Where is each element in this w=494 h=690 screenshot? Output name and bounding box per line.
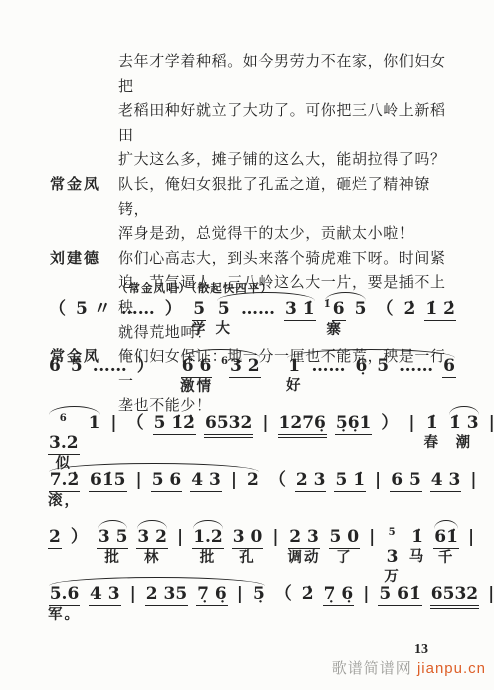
note-token: 61̇千 (429, 527, 463, 568)
note-token: 5大 (212, 299, 237, 339)
note-figures: 5 (70, 356, 84, 377)
note-token: 5̣ (248, 584, 270, 605)
note-figures: 3 2 (229, 356, 261, 378)
note-token: 5 6 (147, 470, 187, 492)
note-token: | (483, 584, 494, 605)
note-token: 5 61̇ (374, 584, 425, 606)
note-figures: 1 (88, 413, 102, 434)
note-group: 65……） (44, 356, 159, 377)
lyric-syllable: 马 (409, 548, 426, 567)
slur-group: 7.2̇滚，61̇5|5 64 3|2 (44, 470, 264, 511)
note-token: （ (264, 470, 291, 491)
slur-group: 1̇ 3潮 (444, 413, 484, 453)
note-token: 5 (350, 299, 372, 320)
note-token: | (232, 584, 248, 605)
note-token: 7̣ 6̣ (319, 584, 359, 606)
lyric-syllable: 好 (286, 377, 303, 396)
dialogue-row: 刘建德你们心高志大，到头来落个骑虎难下呀。时间紧 (50, 247, 452, 272)
dialogue-row: 去年才学着种稻。如今男劳力不在家，你们妇女把 (50, 50, 452, 99)
note-group: | (403, 413, 419, 434)
speaker-label (50, 50, 118, 99)
note-token: ） (66, 527, 93, 548)
music-line: 5.6军。4 3|2 357̣ 6̣|5̣（2̇7̣ 6̣|5 61̇6532| (44, 584, 460, 641)
slur-group: 1好……6̣5……6 (282, 356, 460, 396)
note-figures: | (135, 470, 143, 491)
speaker-label (50, 148, 118, 173)
music-line: 63.2似1|（5 1̇2̇6532|1276̣5̣6̣1）|1̇春1̇ 3潮| (44, 413, 460, 470)
dialogue-text: 去年才学着种稻。如今男劳力不在家，你们妇女把 (118, 50, 452, 99)
note-group: 2） (44, 527, 93, 549)
speaker-label: 刘建德 (50, 247, 118, 272)
note-token: （ (372, 299, 399, 320)
note-figures: （ (376, 299, 395, 320)
note-token: | (172, 527, 188, 548)
note-figures: 1 (287, 356, 301, 377)
note-figures: | (407, 413, 415, 434)
note-figures: | (467, 527, 475, 548)
note-figures: 5 (376, 356, 390, 377)
lyric-syllable: 军。 (48, 606, 81, 625)
dialogue-row: 老稻田种好就立了大功了。可你把三八岭上新稻田 (50, 99, 452, 148)
note-token: 1̇6寨 (320, 299, 350, 340)
note-token: | (257, 413, 273, 434)
note-token: 1̇ 3潮 (444, 413, 484, 453)
note-token: 6532 (200, 413, 257, 438)
note-token: ） (132, 356, 159, 377)
dialogue-row: 常金凤队长，俺妇女狠批了孔孟之道，砸烂了精神镣铐， (50, 173, 452, 222)
slur-group: 3 2林 (132, 527, 172, 568)
slur-group: 5大……3 1̇ (212, 299, 320, 339)
note-figures: 5 0 (329, 527, 361, 549)
note-figures: …… (310, 356, 346, 377)
dialogue-row: 浑身是劲，总觉得干的太少，贡献太小啦！ (50, 222, 452, 247)
note-token: 63 2 (217, 356, 265, 378)
note-token: （ (270, 584, 297, 605)
note-group: （5 1̇2̇6532 (122, 413, 258, 438)
note-group: | (172, 527, 188, 548)
note-figures: | (362, 584, 370, 605)
note-figures: 6̣ (354, 356, 368, 377)
note-figures: 2 3 (288, 527, 320, 549)
note-figures: | (374, 470, 382, 491)
note-figures: 1̇ 3 (448, 413, 480, 434)
note-figures: 6 6 (181, 356, 213, 378)
note-figures: | (236, 584, 244, 605)
lyric-syllable: 滚， (48, 492, 81, 511)
note-token: 3 0孔 (228, 527, 268, 568)
note-token: ） (376, 413, 403, 434)
note-figures: 3 5 (97, 527, 129, 549)
note-figures: 2̇ (403, 299, 417, 320)
note-figures: | (176, 527, 184, 548)
speaker-label (50, 222, 118, 247)
note-figures: …… (92, 356, 128, 377)
note-figures: 5 〃 (75, 299, 112, 320)
note-group: | (364, 527, 380, 548)
note-figures: 4 3 (89, 584, 121, 606)
dialogue-row: 扩大这么多，摊子铺的这么大，能胡拉得了吗？ (50, 148, 452, 173)
page-number: 13 (414, 642, 428, 658)
score-book-page: 去年才学着种稻。如今男劳力不在家，你们妇女把老稻田种好就立了大功了。可你把三八岭… (0, 0, 494, 690)
note-figures: 6532 (430, 584, 479, 609)
note-token: 1好 (282, 356, 307, 396)
note-figures: 6 5 (390, 470, 422, 492)
note-token: 1̇春 (420, 413, 445, 453)
note-figures: | (109, 413, 117, 434)
note-figures: 61̇ (433, 527, 459, 549)
note-figures: 1.2 (192, 527, 224, 549)
lyric-syllable: 批 (192, 549, 224, 568)
note-figures: 2 (246, 470, 260, 491)
grace-note: 5 (389, 527, 396, 538)
lyric-syllable: 批 (97, 549, 129, 568)
music-notation-block: （常金凤唱）（散起快四平） （5 〃……）5学5大……3 1̇1̇6寨5（2̇1… (44, 280, 460, 641)
music-line: （5 〃……）5学5大……3 1̇1̇6寨5（2̇1̇ 2̇ (44, 299, 460, 356)
note-group: | (257, 413, 273, 434)
note-figures: 5.6 (49, 584, 81, 606)
grace-note: 1̇ (324, 299, 331, 310)
note-figures: 3 (386, 547, 400, 568)
note-figures: | (261, 413, 269, 434)
note-figures: …… (398, 356, 434, 377)
note-figures: | (271, 527, 279, 548)
note-token: 6 5 (386, 470, 426, 492)
note-group: | (484, 413, 494, 434)
note-figures: …… (240, 299, 276, 320)
note-figures: 2 3 (295, 470, 327, 492)
lyric-syllable: 春 (424, 434, 441, 453)
lyric-syllable: 孔 (232, 549, 264, 568)
music-line: 65……）6 6激情63 21好……6̣5……6 (44, 356, 460, 413)
note-token: 6532 (426, 584, 483, 609)
note-token: 3 1̇ (280, 299, 320, 321)
note-group: 1̇春 (420, 413, 445, 453)
note-figures: 5 1̇2̇ (153, 413, 196, 435)
music-line: 7.2̇滚，61̇5|5 64 3|2（2 35 1̇|6 54 3| (44, 470, 460, 527)
note-token: 5 0了 (325, 527, 365, 568)
slur-group: 3 5批 (93, 527, 133, 568)
lyric-syllable: 了 (329, 549, 361, 568)
lyric-syllable: 大 (216, 320, 233, 339)
note-token: 2̇ (297, 584, 319, 605)
note-token: 4 3 (186, 470, 226, 492)
note-token: 5.6军。 (44, 584, 85, 625)
note-token: | (484, 413, 494, 434)
note-token: 1276̣ (274, 413, 331, 438)
note-group: （5 〃……） (44, 299, 187, 320)
note-figures: 6 (48, 356, 62, 377)
speaker-label: 常金凤 (50, 173, 118, 222)
music-line: 2）3 5批3 2林|1.2批3 0孔|2 3调动5 0了|53万1̇马61̇千… (44, 527, 460, 584)
note-group: 5学 (187, 299, 212, 340)
note-token: 4 3 (426, 470, 466, 492)
note-token: 5 (372, 356, 394, 377)
watermark-site-name: 歌谱简谱网 (332, 660, 417, 677)
note-figures: 5 61̇ (378, 584, 421, 606)
note-figures: 2 35 (145, 584, 188, 606)
watermark-domain: jianpu.cn (417, 660, 486, 677)
note-token: （ (122, 413, 149, 434)
grace-note: 6 (221, 356, 228, 367)
note-figures: 7̣ 6̣ (323, 584, 355, 606)
note-figures: 3.2 (48, 433, 80, 455)
note-token: 2 (44, 527, 66, 549)
note-figures: | (469, 470, 477, 491)
note-figures: | (230, 470, 238, 491)
speaker-label (50, 99, 118, 148)
note-figures: 2 (48, 527, 62, 549)
dialogue-text: 浑身是劲，总觉得干的太少，贡献太小啦！ (118, 222, 452, 247)
note-token: 5 (66, 356, 88, 377)
note-token: 3 5批 (93, 527, 133, 568)
note-token: 5 〃 (71, 299, 116, 320)
note-figures: 5̣6̣1 (335, 413, 373, 435)
note-figures: 6 (442, 356, 456, 378)
note-token: 2 (242, 470, 264, 491)
dialogue-text: 队长，俺妇女狠批了孔孟之道，砸烂了精神镣铐， (118, 173, 452, 222)
dialogue-text: 老稻田种好就立了大功了。可你把三八岭上新稻田 (118, 99, 452, 148)
note-figures: 3 0 (232, 527, 264, 549)
note-token: | (463, 527, 479, 548)
note-group: | (267, 527, 283, 548)
note-token: 4 3 (85, 584, 125, 606)
note-figures: 1̇ (425, 413, 439, 434)
lyric-syllable: 学 (191, 321, 208, 340)
note-figures: ） (70, 527, 89, 548)
note-token: 6 (44, 356, 66, 377)
note-token: 7̣ 6̣ (192, 584, 232, 606)
note-figures: 5 (354, 299, 368, 320)
note-token: 1 (84, 413, 106, 434)
slur-group: 61̇千 (429, 527, 463, 568)
note-figures: 4 3 (190, 470, 222, 492)
note-token: 5̣6̣1 (331, 413, 377, 435)
note-figures: 1̇ 2̇ (424, 299, 456, 321)
note-figures: | (488, 413, 494, 434)
note-figures: 5 (192, 299, 206, 321)
slur-group: 5.6军。4 3|2 357̣ 6̣|5̣ (44, 584, 270, 625)
music-lines-container: （5 〃……）5学5大……3 1̇1̇6寨5（2̇1̇ 2̇65……）6 6激情… (44, 299, 460, 641)
note-figures: | (368, 527, 376, 548)
note-token: | (267, 527, 283, 548)
note-token: …… (394, 356, 438, 377)
note-group: 2 3调动 (284, 527, 325, 568)
note-token: | (465, 470, 481, 491)
slur-group: 1̇6寨5 (320, 299, 372, 340)
note-figures: 5̣ (252, 584, 266, 605)
note-token: 6 (438, 356, 460, 378)
note-figures: （ (268, 470, 287, 491)
dialogue-text: 你们心高志大，到头来落个骑虎难下呀。时间紧 (118, 247, 452, 272)
note-figures: | (487, 584, 494, 605)
note-token: | (125, 584, 141, 605)
lyric-syllable: 调动 (288, 549, 321, 568)
grace-note: 6 (60, 413, 67, 424)
note-figures: 61̇5 (89, 470, 127, 492)
note-figures: 7̣ 6̣ (196, 584, 228, 606)
note-group: 3 0孔 (228, 527, 268, 568)
note-token: | (105, 413, 121, 434)
note-figures: 3 1̇ (284, 299, 316, 321)
note-group: （2̇1̇ 2̇ (372, 299, 460, 321)
note-group: 5 0了 (325, 527, 365, 568)
note-figures: …… (120, 299, 156, 320)
note-figures: ） (164, 299, 183, 320)
slur-group: 1.2批 (188, 527, 228, 568)
note-figures: | (129, 584, 137, 605)
note-token: ） (160, 299, 187, 320)
note-figures: ） (136, 356, 155, 377)
note-token: 5学 (187, 299, 212, 340)
note-token: | (364, 527, 380, 548)
note-token: …… (88, 356, 132, 377)
note-figures: 6532 (204, 413, 253, 438)
note-token: 5 1̇2̇ (149, 413, 200, 435)
note-token: 6̣ (350, 356, 372, 377)
note-token: | (131, 470, 147, 491)
note-figures: 3 2 (136, 527, 168, 549)
note-token: 2 3调动 (284, 527, 325, 568)
note-figures: 5 6 (151, 470, 183, 492)
note-token: 3 2林 (132, 527, 172, 568)
note-token: …… (236, 299, 280, 320)
dialogue-text: 扩大这么多，摊子铺的这么大，能胡拉得了吗？ (118, 148, 452, 173)
note-figures: （ (48, 299, 67, 320)
note-token: 2 3 (291, 470, 331, 492)
note-figures: 2̇ (301, 584, 315, 605)
note-figures: （ (274, 584, 293, 605)
note-token: 7.2̇滚， (44, 470, 85, 511)
note-token: | (370, 470, 386, 491)
note-token: 1̇ 2̇ (420, 299, 460, 321)
note-group: （2̇7̣ 6̣|5 61̇6532| (270, 584, 494, 609)
note-token: 6 6激情 (176, 356, 217, 397)
note-group: 1276̣5̣6̣1） (274, 413, 404, 438)
note-group: | (463, 527, 479, 548)
note-token: 2 35 (141, 584, 192, 606)
note-token: 61̇5 (85, 470, 131, 492)
note-group: 53万1̇马 (380, 527, 429, 587)
note-token: 1̇马 (405, 527, 430, 567)
note-group: | (105, 413, 121, 434)
note-group: （2 35 1̇|6 54 3| (264, 470, 482, 492)
lyric-syllable: 寨 (324, 321, 346, 340)
lyric-syllable: 千 (433, 549, 459, 568)
note-figures: 5 1̇ (334, 470, 366, 492)
note-figures: ） (380, 413, 399, 434)
lyric-syllable: 林 (136, 549, 168, 568)
note-token: 2̇ (399, 299, 421, 320)
slur-group: 6 6激情63 2 (176, 356, 265, 397)
note-token: （ (44, 299, 71, 320)
note-figures: 6 (332, 299, 346, 321)
note-token: 5 1̇ (330, 470, 370, 492)
note-token: | (358, 584, 374, 605)
note-figures: 1̇ (410, 527, 424, 548)
note-token: …… (116, 299, 160, 320)
note-figures: 7.2̇ (49, 470, 81, 492)
note-figures: （ (126, 413, 145, 434)
note-figures: 5 (217, 299, 231, 320)
note-token: | (403, 413, 419, 434)
watermark: 歌谱简谱网 jianpu.cn (332, 657, 486, 678)
lyric-syllable: 潮 (448, 434, 480, 453)
note-token: …… (306, 356, 350, 377)
note-token: | (226, 470, 242, 491)
lyric-syllable: 激情 (180, 378, 213, 397)
note-figures: 4 3 (430, 470, 462, 492)
note-figures: 1276̣ (278, 413, 327, 438)
note-token: 53万 (380, 527, 405, 587)
note-token: 1.2批 (188, 527, 228, 568)
